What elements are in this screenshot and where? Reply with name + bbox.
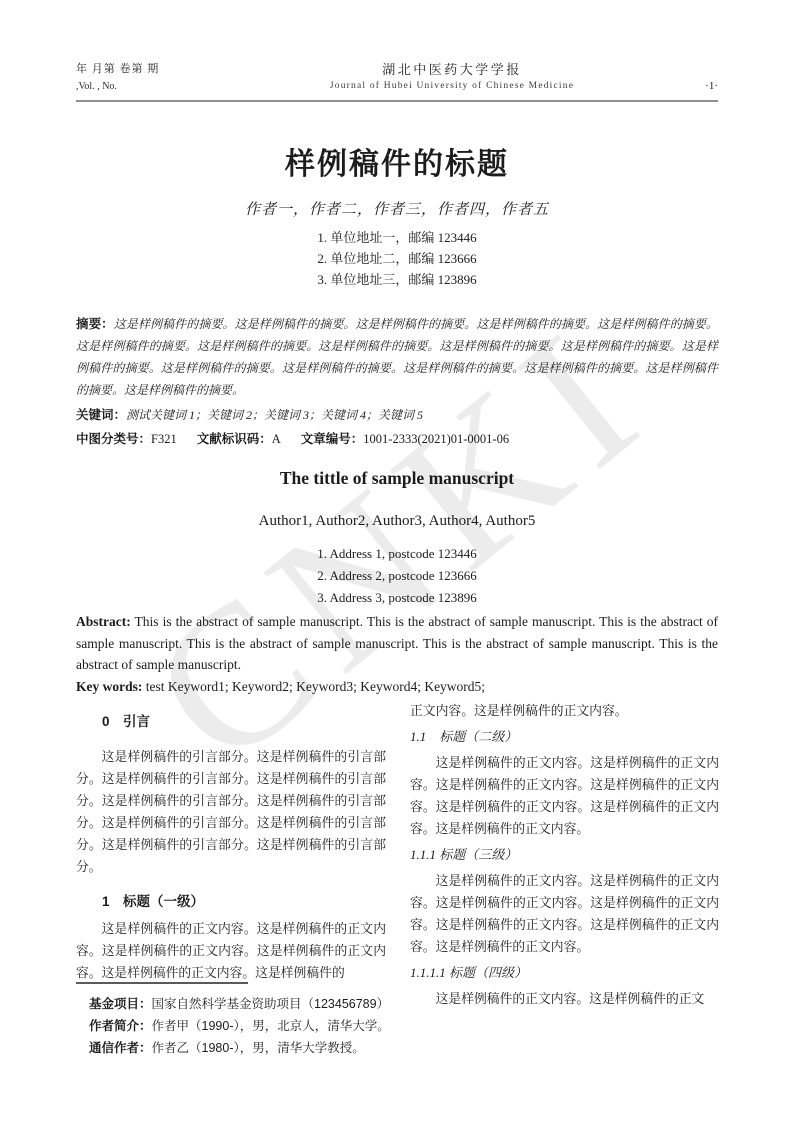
abstract-en-text: This is the abstract of sample manuscrip… (76, 614, 718, 672)
footnote-corresponding-label: 通信作者： (89, 1041, 152, 1055)
classification-line: 中图分类号：F321文献标识码：A文章编号：1001-2333(2021)01-… (76, 427, 718, 451)
doc-code-value: A (272, 432, 281, 446)
clc-label: 中图分类号： (76, 432, 151, 446)
footnote-rule (76, 982, 248, 984)
journal-name-cn: 湖北中医药大学学报 (246, 61, 658, 78)
clc-value: F321 (151, 432, 177, 446)
body-columns: 0 引言 这是样例稿件的引言部分。这是样例稿件的引言部分。这是样例稿件的引言部分… (76, 700, 719, 1010)
affiliations-cn: 1. 单位地址一，邮编 123446 2. 单位地址二，邮编 123666 3.… (76, 227, 718, 290)
keywords-cn-text: 测试关键词 1；关键词 2；关键词 3；关键词 4；关键词 5 (126, 408, 423, 422)
issue-info: 年 月第 卷第 期 ,Vol. , No. (76, 61, 246, 95)
footnote-fund: 基金项目：国家自然科学基金资助项目（123456789） (76, 993, 396, 1015)
affiliation-line-en: 3. Address 3, postcode 123896 (76, 587, 718, 609)
affiliation-line-en: 2. Address 2, postcode 123666 (76, 565, 718, 587)
keywords-en: Key words: test Keyword1; Keyword2; Keyw… (76, 676, 718, 698)
body-paragraph-continued: 正文内容。这是样例稿件的正文内容。 (410, 700, 719, 722)
footnote-block: 基金项目：国家自然科学基金资助项目（123456789） 作者简介：作者甲（19… (76, 982, 396, 1059)
intro-paragraph: 这是样例稿件的引言部分。这是样例稿件的引言部分。这是样例稿件的引言部分。这是样例… (76, 746, 386, 878)
heading-intro: 0 引言 (76, 712, 386, 731)
english-meta-block: Abstract: This is the abstract of sample… (76, 611, 718, 697)
footnote-corresponding: 通信作者：作者乙（1980-），男，清华大学教授。 (76, 1037, 396, 1059)
abstract-en: Abstract: This is the abstract of sample… (76, 611, 718, 676)
affiliation-line: 2. 单位地址二，邮编 123666 (76, 248, 718, 269)
doc-code-label: 文献标识码： (197, 432, 272, 446)
article-no-value: 1001-2333(2021)01-0001-06 (363, 432, 509, 446)
issue-info-cn: 年 月第 卷第 期 (76, 61, 246, 78)
affiliation-line-en: 1. Address 1, postcode 123446 (76, 543, 718, 565)
english-title-block: The tittle of sample manuscript Author1,… (76, 466, 718, 609)
article-title-en: The tittle of sample manuscript (76, 466, 718, 490)
body-paragraph: 这是样例稿件的正文内容。这是样例稿件的正文内容。这是样例稿件的正文内容。这是样例… (76, 918, 386, 984)
body-paragraph: 这是样例稿件的正文内容。这是样例稿件的正文内容。这是样例稿件的正文内容。这是样例… (410, 752, 719, 840)
footnote-corresponding-text: 作者乙（1980-），男，清华大学教授。 (152, 1041, 365, 1055)
body-paragraph: 这是样例稿件的正文内容。这是样例稿件的正文 (410, 988, 719, 1010)
keywords-cn: 关键词：测试关键词 1；关键词 2；关键词 3；关键词 4；关键词 5 (76, 403, 718, 427)
chinese-title-block: 样例稿件的标题 作者一，作者二，作者三，作者四，作者五 1. 单位地址一，邮编 … (76, 146, 718, 290)
body-column-left: 0 引言 这是样例稿件的引言部分。这是样例稿件的引言部分。这是样例稿件的引言部分… (76, 700, 386, 1010)
authors-cn: 作者一，作者二，作者三，作者四，作者五 (76, 198, 718, 219)
heading-level1: 1 标题（一级） (76, 892, 386, 911)
footnote-author-bio-label: 作者简介： (89, 1019, 152, 1033)
footnote-author-bio-text: 作者甲（1990-），男，北京人，清华大学。 (152, 1019, 390, 1033)
affiliations-en: 1. Address 1, postcode 123446 2. Address… (76, 543, 718, 609)
keywords-en-label: Key words: (76, 679, 142, 694)
journal-name-en: Journal of Hubei University of Chinese M… (246, 78, 658, 95)
page-number: ·1· (658, 78, 718, 95)
affiliation-line: 3. 单位地址三，邮编 123896 (76, 269, 718, 290)
journal-name: 湖北中医药大学学报 Journal of Hubei University of… (246, 61, 658, 95)
keywords-en-text: test Keyword1; Keyword2; Keyword3; Keywo… (146, 679, 485, 694)
chinese-meta-block: 摘要：这是样例稿件的摘要。这是样例稿件的摘要。这是样例稿件的摘要。这是样例稿件的… (76, 313, 718, 451)
issue-info-en: ,Vol. , No. (76, 78, 246, 95)
abstract-cn: 摘要：这是样例稿件的摘要。这是样例稿件的摘要。这是样例稿件的摘要。这是样例稿件的… (76, 313, 718, 401)
heading-level3: 1.1.1 标题（三级） (410, 844, 719, 866)
authors-en: Author1, Author2, Author3, Author4, Auth… (76, 513, 718, 530)
article-no-label: 文章编号： (301, 432, 364, 446)
footnote-fund-label: 基金项目： (89, 997, 152, 1011)
heading-level4: 1.1.1.1 标题（四级） (410, 962, 719, 984)
body-column-right: 正文内容。这是样例稿件的正文内容。 1.1 标题（二级） 这是样例稿件的正文内容… (410, 700, 719, 1010)
running-head: 年 月第 卷第 期 ,Vol. , No. 湖北中医药大学学报 Journal … (76, 61, 718, 102)
keywords-cn-label: 关键词： (76, 408, 126, 422)
affiliation-line: 1. 单位地址一，邮编 123446 (76, 227, 718, 248)
journal-page: CNKI 年 月第 卷第 期 ,Vol. , No. 湖北中医药大学学报 Jou… (0, 0, 794, 1123)
abstract-en-label: Abstract: (76, 614, 131, 629)
footnote-fund-text: 国家自然科学基金资助项目（123456789） (152, 997, 390, 1011)
heading-level2: 1.1 标题（二级） (410, 726, 719, 748)
abstract-cn-label: 摘要： (76, 317, 114, 331)
footnote-author-bio: 作者简介：作者甲（1990-），男，北京人，清华大学。 (76, 1015, 396, 1037)
page-number-cell: ·1· (658, 78, 718, 95)
article-title-cn: 样例稿件的标题 (76, 146, 718, 184)
body-paragraph: 这是样例稿件的正文内容。这是样例稿件的正文内容。这是样例稿件的正文内容。这是样例… (410, 870, 719, 958)
abstract-cn-text: 这是样例稿件的摘要。这是样例稿件的摘要。这是样例稿件的摘要。这是样例稿件的摘要。… (76, 317, 718, 397)
